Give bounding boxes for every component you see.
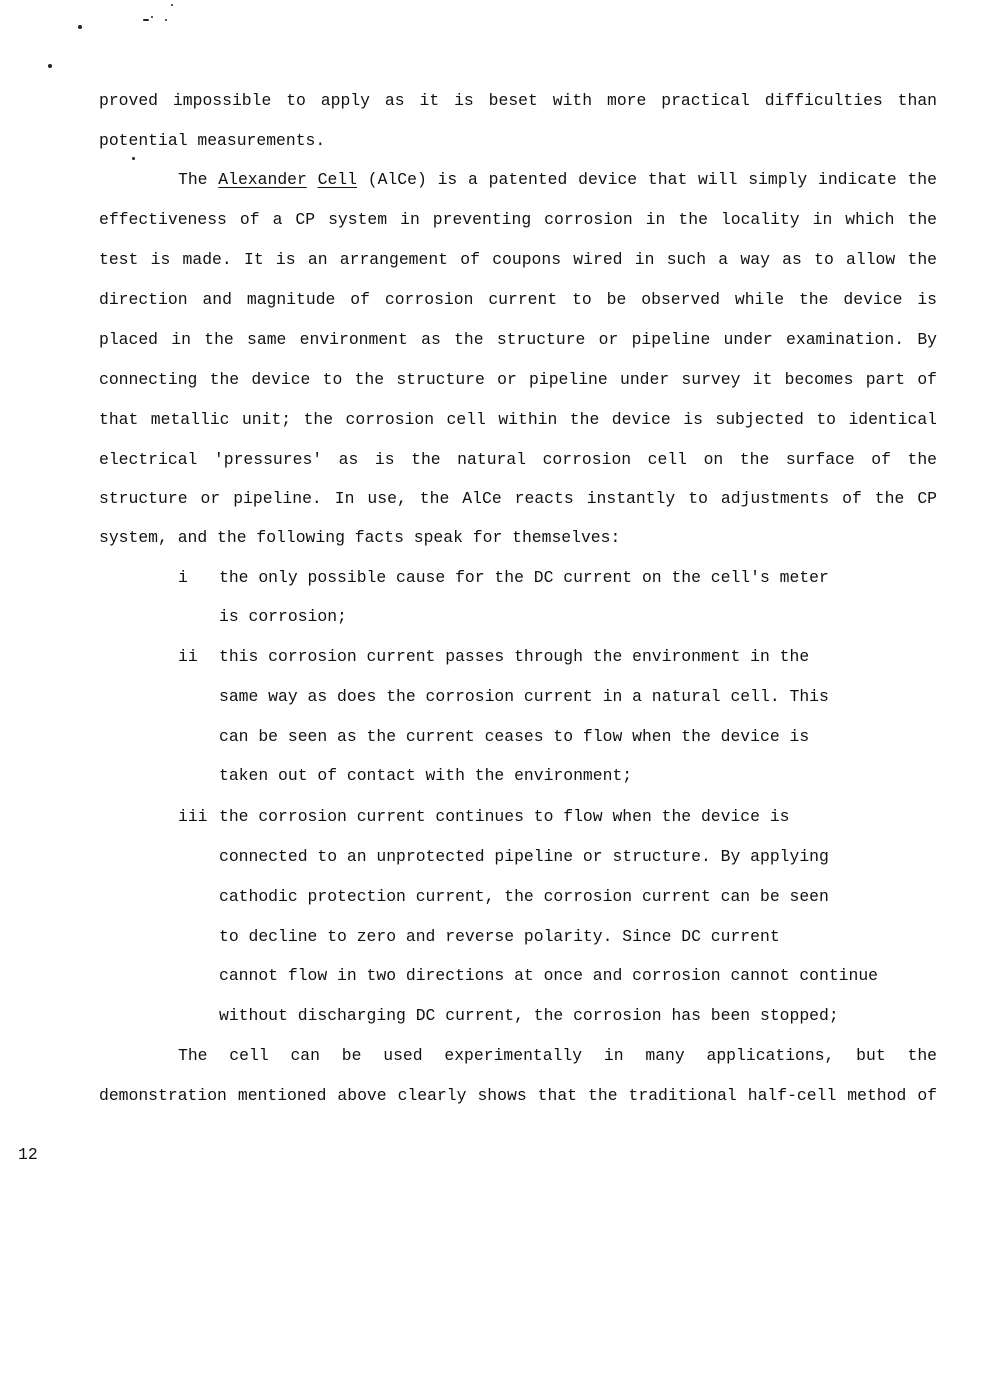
list-item-numeral: i	[178, 568, 188, 588]
list-item-line: is corrosion;	[219, 607, 347, 627]
scan-speck	[165, 19, 167, 21]
list-item-numeral: iii	[178, 807, 208, 827]
paragraph-3-line-2: demonstration mentioned above clearly sh…	[99, 1086, 937, 1106]
page-number: 12	[18, 1145, 38, 1165]
list-item-line: cannot flow in two directions at once an…	[219, 966, 878, 986]
paragraph-2-line: test is made. It is an arrangement of co…	[99, 250, 937, 270]
scan-speck	[78, 25, 82, 29]
paragraph-2-line: that metallic unit; the corrosion cell w…	[99, 410, 937, 430]
paragraph-2-line: electrical 'pressures' as is the natural…	[99, 450, 937, 470]
list-item-line: the corrosion current continues to flow …	[219, 807, 790, 827]
list-item-line: connected to an unprotected pipeline or …	[219, 847, 829, 867]
list-item-line: taken out of contact with the environmen…	[219, 766, 632, 786]
paragraph-2-line: effectiveness of a CP system in preventi…	[99, 210, 937, 230]
list-item-line: the only possible cause for the DC curre…	[219, 568, 829, 588]
paragraph-2-line: direction and magnitude of corrosion cur…	[99, 290, 937, 310]
paragraph-2-line: connecting the device to the structure o…	[99, 370, 937, 390]
list-item-line: to decline to zero and reverse polarity.…	[219, 927, 780, 947]
document-page: proved impossible to apply as it is bese…	[0, 0, 1000, 1373]
scan-speck	[132, 157, 135, 160]
scan-speck	[143, 19, 149, 21]
paragraph-2-line-1: The Alexander Cell (AlCe) is a patented …	[178, 170, 937, 190]
text-space	[307, 170, 318, 189]
paragraph-3-line-1: The cell can be used experimentally in m…	[178, 1046, 937, 1066]
scan-speck	[171, 4, 173, 6]
scan-speck	[48, 64, 52, 68]
list-item-line: cathodic protection current, the corrosi…	[219, 887, 829, 907]
paragraph-2-line: structure or pipeline. In use, the AlCe …	[99, 489, 937, 509]
list-item-numeral: ii	[178, 647, 198, 667]
paragraph-2-line: system, and the following facts speak fo…	[99, 528, 937, 548]
text-suffix: (AlCe) is a patented device that will si…	[357, 170, 937, 189]
scan-speck	[151, 16, 153, 18]
paragraph-2-line: placed in the same environment as the st…	[99, 330, 937, 350]
list-item-line: this corrosion current passes through th…	[219, 647, 809, 667]
underlined-term-alexander: Alexander	[218, 170, 307, 189]
paragraph-1-line-2: potential measurements.	[99, 131, 937, 151]
paragraph-1-line-1: proved impossible to apply as it is bese…	[99, 91, 937, 111]
text-prefix: The	[178, 170, 218, 189]
list-item-line: without discharging DC current, the corr…	[219, 1006, 839, 1026]
underlined-term-cell: Cell	[318, 170, 357, 189]
list-item-line: can be seen as the current ceases to flo…	[219, 727, 809, 747]
list-item-line: same way as does the corrosion current i…	[219, 687, 829, 707]
